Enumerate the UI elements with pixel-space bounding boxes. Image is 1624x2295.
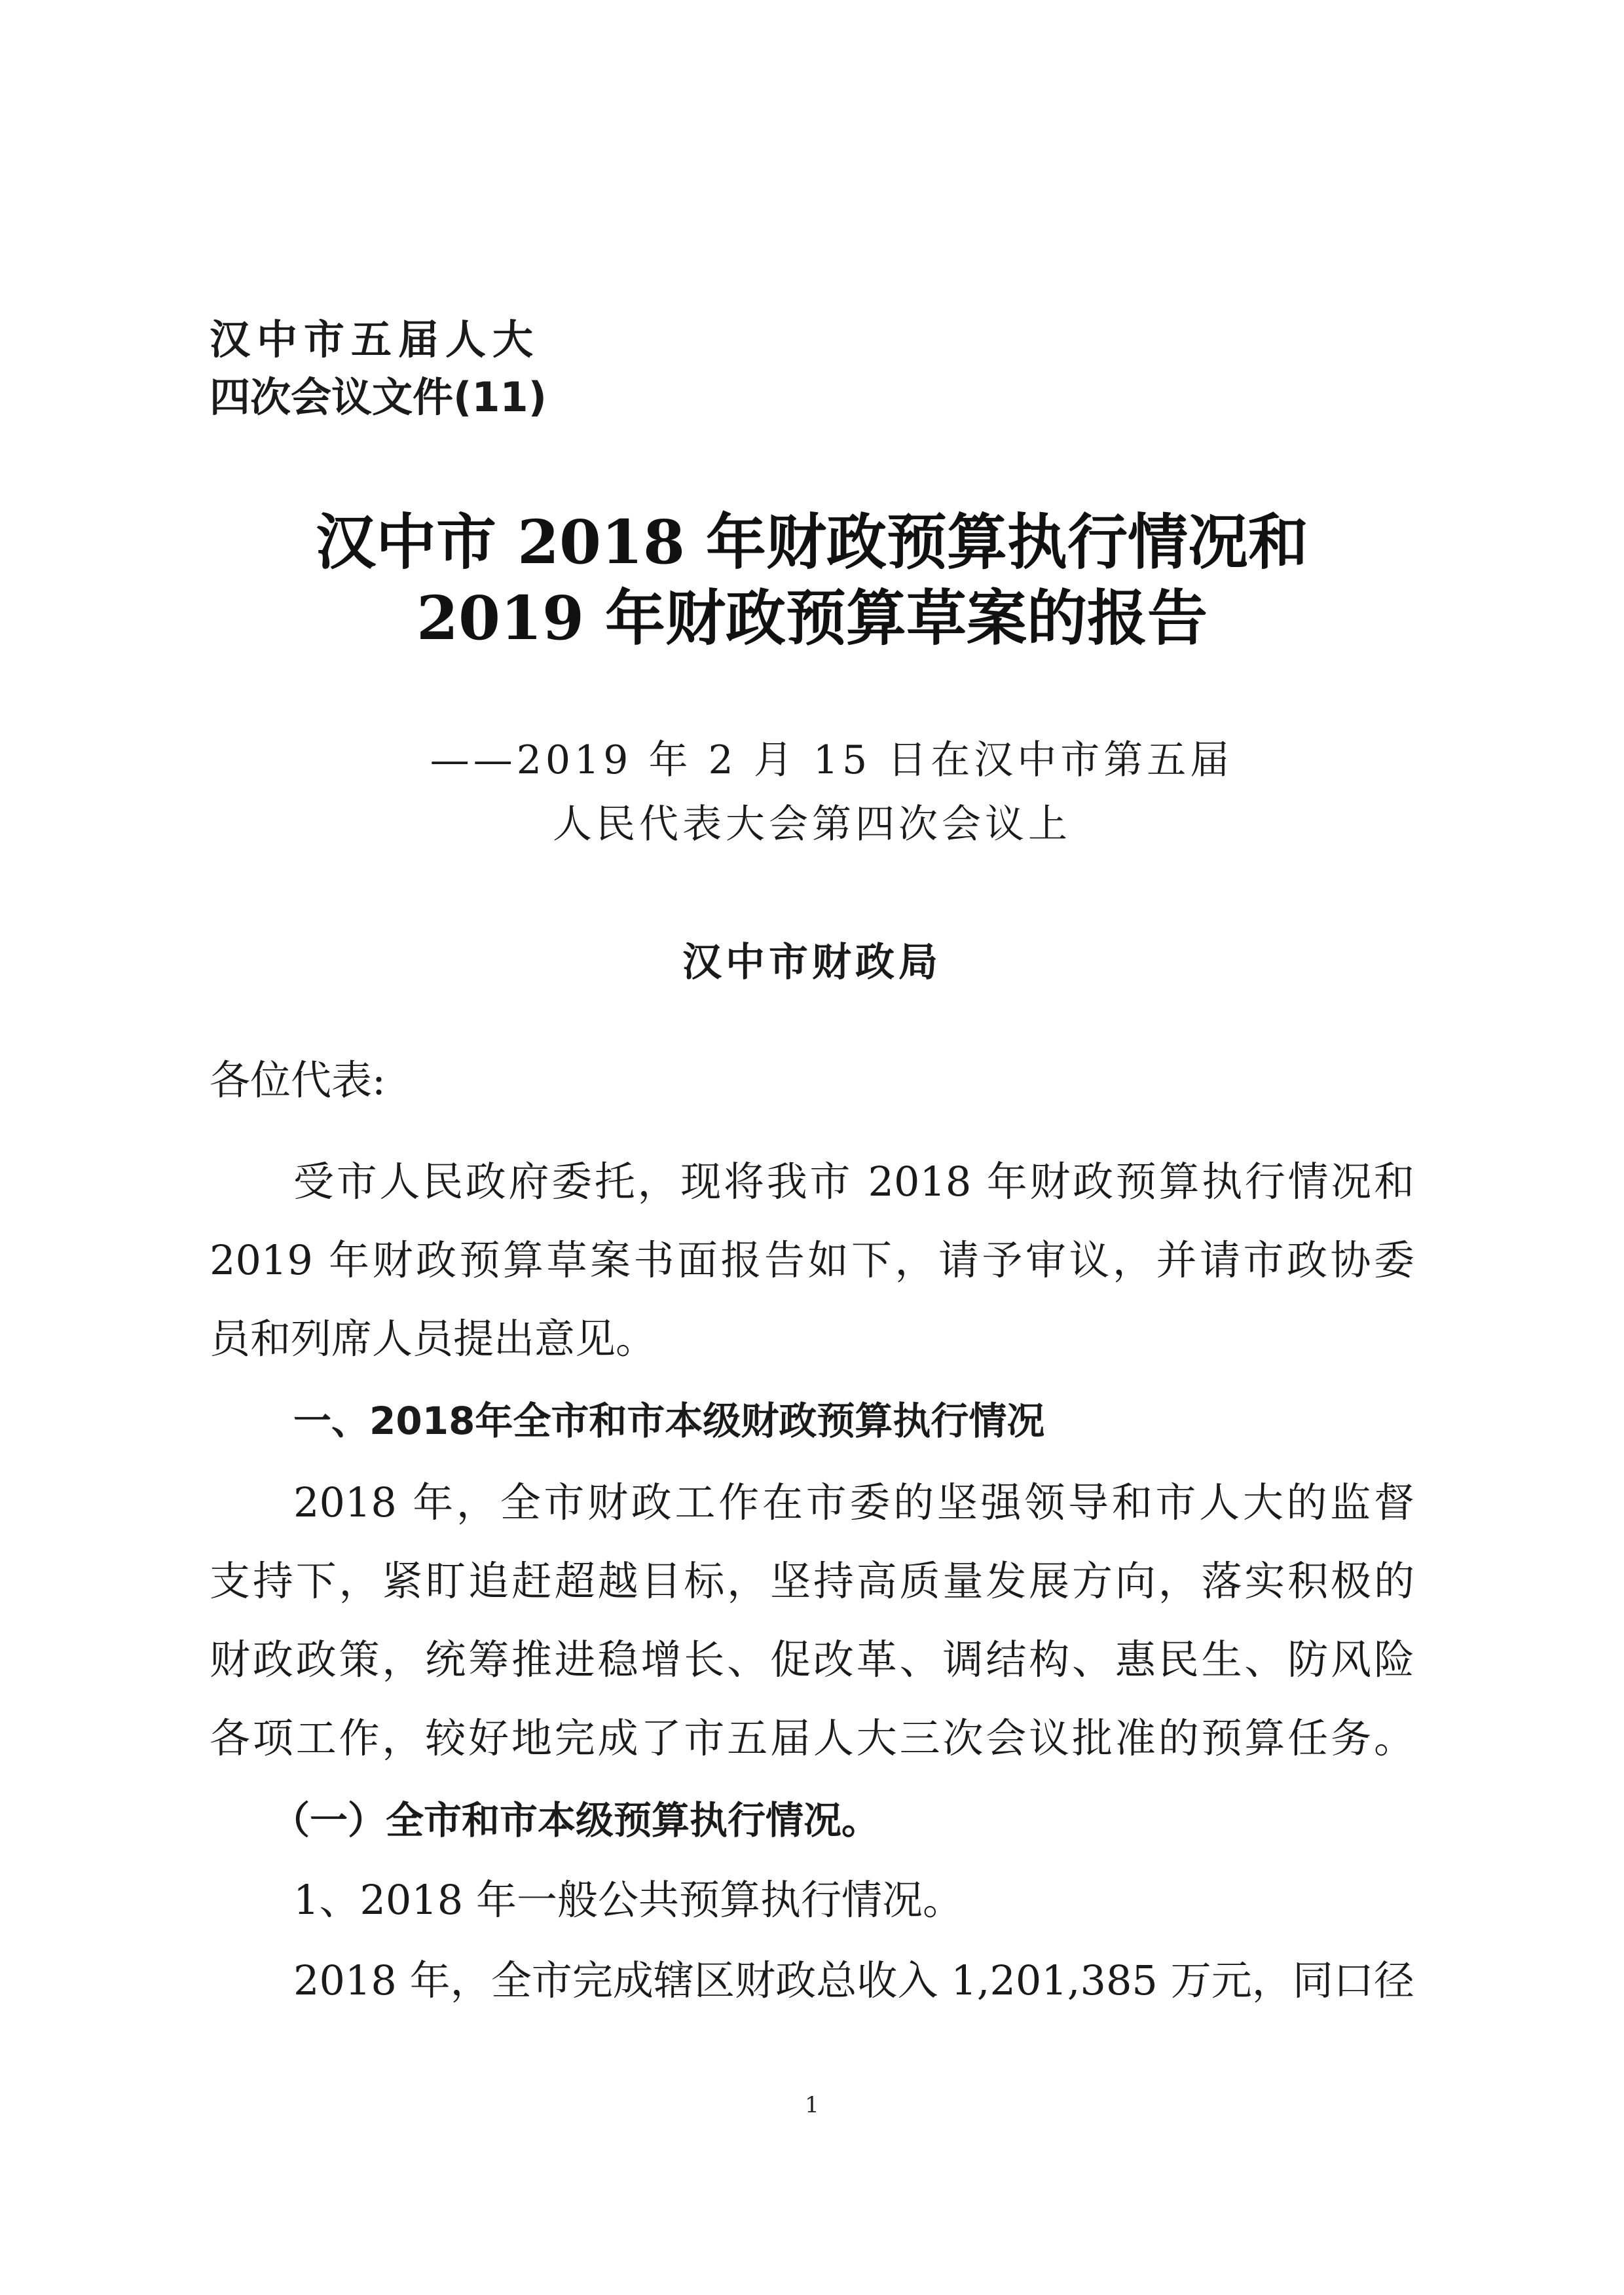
section-1-heading: 一、2018年全市和市本级财政预算执行情况 [293,1395,1044,1447]
item-1-heading: 1、2018 年一般公共预算执行情况。 [293,1874,963,1926]
section-1-line-1: 2018 年，全市财政工作在市委的坚强领导和市人大的监督 [293,1477,1414,1529]
section-1-line-4: 各项工作，较好地完成了市五届人大三次会议批准的预算任务。 [210,1712,1414,1765]
subsection-1-heading: （一）全市和市本级预算执行情况。 [272,1794,879,1846]
salutation: 各位代表: [210,1054,386,1107]
document-page: 汉中市五届人大 四次会议文件(11) 汉中市 2018 年财政预算执行情况和 2… [0,0,1624,2295]
intro-line-2: 2019 年财政预算草案书面报告如下，请予审议，并请市政协委 [210,1234,1414,1287]
section-1-line-2: 支持下，紧盯追赶超越目标，坚持高质量发展方向，落实积极的 [210,1555,1414,1607]
item-1-line-1: 2018 年，全市完成辖区财政总收入 1,201,385 万元，同口径 [293,1955,1414,2007]
intro-line-3: 员和列席人员提出意见。 [210,1313,656,1365]
report-body: 各位代表: 受市人民政府委托，现将我市 2018 年财政预算执行情况和 2019… [210,0,1414,2295]
page-number: 1 [0,2092,1624,2118]
section-1-line-3: 财政政策，统筹推进稳增长、促改革、调结构、惠民生、防风险 [210,1634,1414,1686]
intro-line-1: 受市人民政府委托，现将我市 2018 年财政预算执行情况和 [293,1156,1414,1208]
